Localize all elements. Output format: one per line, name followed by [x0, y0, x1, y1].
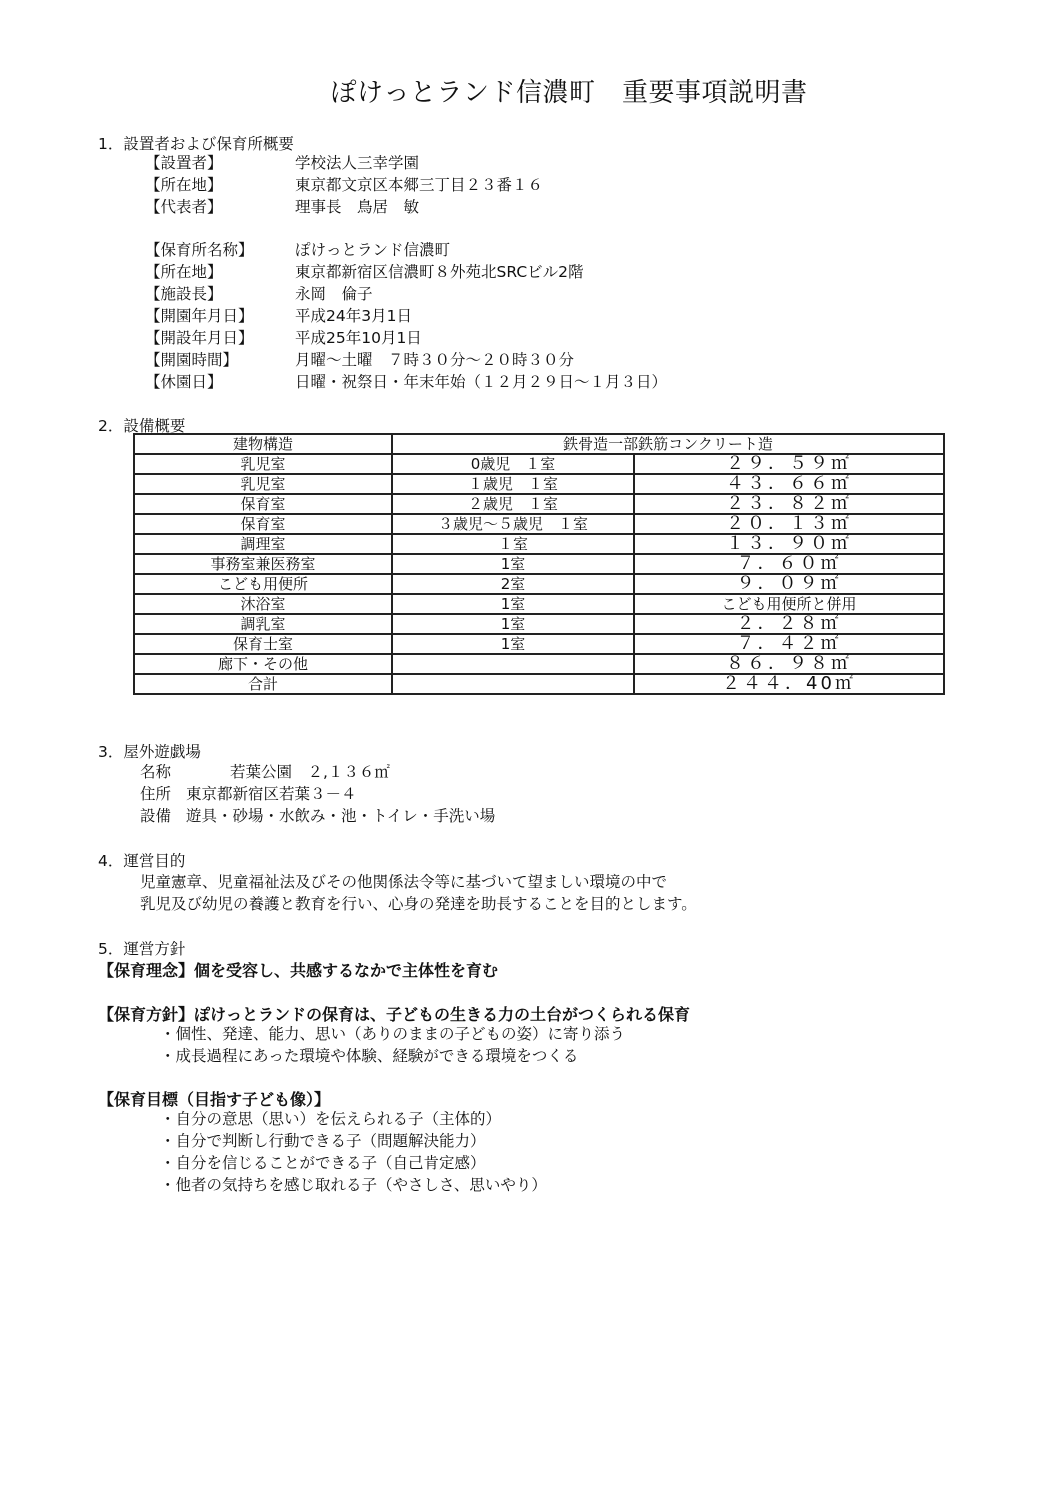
- room-cell: 調理室: [134, 534, 392, 554]
- area-cell: １３．９０㎡: [634, 534, 944, 554]
- field-label: 【休園日】: [145, 371, 295, 393]
- field-value: 平成24年3月1日: [295, 307, 412, 325]
- founder-row: 【代表者】理事長 鳥居 敏: [145, 196, 543, 218]
- field-label: 設備: [140, 805, 186, 827]
- area-cell: ７．６０㎡: [634, 554, 944, 574]
- section1-heading: 1．設置者および保育所概要: [98, 132, 294, 154]
- room-cell: 保育室: [134, 494, 392, 514]
- table-row: 沐浴室1室こども用便所と併用: [134, 594, 944, 614]
- area-cell: ４３．６６㎡: [634, 474, 944, 494]
- playground-name-row: 名称若葉公園 ２,１３６㎡: [140, 761, 390, 783]
- facility-row: 【保育所名称】ぽけっとランド信濃町: [145, 239, 667, 261]
- table-row: 調理室１室１３．９０㎡: [134, 534, 944, 554]
- table-row: 乳児室１歳児 １室４３．６６㎡: [134, 474, 944, 494]
- field-value: 東京都新宿区信濃町８外苑北SRCビル2階: [295, 263, 584, 281]
- field-label: 名称: [140, 761, 230, 783]
- founder-row: 【設置者】学校法人三幸学園: [145, 152, 543, 174]
- facility-row: 【休園日】日曜・祝祭日・年末年始（１２月２９日～１月３日）: [145, 371, 667, 393]
- area-cell: ２．２８㎡: [634, 614, 944, 634]
- field-label: 【開園年月日】: [145, 305, 295, 327]
- goal-item: ・自分を信じることができる子（自己肯定感）: [160, 1152, 486, 1174]
- detail-cell: 0歳児 １室: [392, 454, 634, 474]
- room-cell: 沐浴室: [134, 594, 392, 614]
- goals-heading: 【保育目標（目指す子ども像）】: [98, 1087, 330, 1110]
- detail-cell: [392, 674, 634, 694]
- section4-heading: 4．運営目的: [98, 849, 185, 871]
- facility-row: 【開設年月日】平成25年10月1日: [145, 327, 667, 349]
- field-label: 【設置者】: [145, 152, 295, 174]
- philosophy-statement: 【保育理念】個を受容し、共感するなかで主体性を育む: [98, 958, 498, 981]
- goal-item: ・自分の意思（思い）を伝えられる子（主体的）: [160, 1108, 501, 1130]
- area-cell: ２３．８２㎡: [634, 494, 944, 514]
- field-label: 住所: [140, 783, 186, 805]
- purpose-line: 乳児及び幼児の養護と教育を行い、心身の発達を助長することを目的とします。: [140, 893, 697, 915]
- table-row: 保育室３歳児～５歳児 １室２０．１３㎡: [134, 514, 944, 534]
- facility-row: 【開園時間】月曜～土曜 ７時３０分～２０時３０分: [145, 349, 667, 371]
- detail-cell: 2室: [392, 574, 634, 594]
- structure-value: 鉄骨造一部鉄筋コンクリート造: [392, 434, 944, 454]
- section3-heading: 3．屋外遊戯場: [98, 740, 201, 762]
- detail-cell: １歳児 １室: [392, 474, 634, 494]
- playground-equipment-row: 設備遊具・砂場・水飲み・池・トイレ・手洗い場: [140, 805, 495, 827]
- area-cell: ７．４２㎡: [634, 634, 944, 654]
- facility-table: 建物構造 鉄骨造一部鉄筋コンクリート造 乳児室0歳児 １室２９．５９㎡ 乳児室１…: [133, 433, 945, 695]
- field-label: 【代表者】: [145, 196, 295, 218]
- structure-label: 建物構造: [134, 434, 392, 454]
- facility-row: 【所在地】東京都新宿区信濃町８外苑北SRCビル2階: [145, 261, 667, 283]
- room-cell: 事務室兼医務室: [134, 554, 392, 574]
- room-cell: 乳児室: [134, 454, 392, 474]
- field-value: 理事長 鳥居 敏: [295, 198, 419, 216]
- field-label: 【所在地】: [145, 174, 295, 196]
- field-label: 【開設年月日】: [145, 327, 295, 349]
- purpose-line: 児童憲章、児童福祉法及びその他関係法令等に基づいて望ましい環境の中で: [140, 871, 667, 893]
- field-label: 【所在地】: [145, 261, 295, 283]
- table-row: こども用便所2室９．０９㎡: [134, 574, 944, 594]
- founder-info: 【設置者】学校法人三幸学園 【所在地】東京都文京区本郷三丁目２３番１６ 【代表者…: [145, 152, 543, 218]
- field-value: 永岡 倫子: [295, 285, 373, 303]
- table-row: 廊下・その他８６．９８㎡: [134, 654, 944, 674]
- field-value: 平成25年10月1日: [295, 329, 422, 347]
- detail-cell: １室: [392, 534, 634, 554]
- field-value: 学校法人三幸学園: [295, 154, 419, 172]
- table-row: 保育士室1室７．４２㎡: [134, 634, 944, 654]
- field-value: 東京都文京区本郷三丁目２３番１６: [295, 176, 543, 194]
- policy-item: ・個性、発達、能力、思い（ありのままの子どもの姿）に寄り添う: [160, 1023, 625, 1045]
- detail-cell: 1室: [392, 554, 634, 574]
- detail-cell: 1室: [392, 634, 634, 654]
- table-row: 乳児室0歳児 １室２９．５９㎡: [134, 454, 944, 474]
- room-cell: 廊下・その他: [134, 654, 392, 674]
- field-label: 【施設長】: [145, 283, 295, 305]
- area-cell: こども用便所と併用: [634, 594, 944, 614]
- room-cell: 乳児室: [134, 474, 392, 494]
- field-value: 遊具・砂場・水飲み・池・トイレ・手洗い場: [186, 807, 495, 825]
- field-value: 東京都新宿区若葉３－４: [186, 785, 357, 803]
- table-row: 保育室２歳児 １室２３．８２㎡: [134, 494, 944, 514]
- room-cell: 保育室: [134, 514, 392, 534]
- goal-item: ・他者の気持ちを感じ取れる子（やさしさ、思いやり）: [160, 1174, 547, 1196]
- field-value: 月曜～土曜 ７時３０分～２０時３０分: [295, 351, 574, 369]
- table-row: 建物構造 鉄骨造一部鉄筋コンクリート造: [134, 434, 944, 454]
- room-cell: 調乳室: [134, 614, 392, 634]
- section5-heading: 5．運営方針: [98, 937, 185, 959]
- total-area-cell: ２４４．40㎡: [634, 674, 944, 694]
- playground-address-row: 住所東京都新宿区若葉３－４: [140, 783, 357, 805]
- page-title: ぽけっとランド信濃町 重要事項説明書: [0, 72, 1058, 109]
- facility-info: 【保育所名称】ぽけっとランド信濃町 【所在地】東京都新宿区信濃町８外苑北SRCビ…: [145, 239, 667, 393]
- field-label: 【開園時間】: [145, 349, 295, 371]
- field-value: ぽけっとランド信濃町: [295, 241, 450, 259]
- room-cell: 保育士室: [134, 634, 392, 654]
- area-cell: ２０．１３㎡: [634, 514, 944, 534]
- facility-row: 【開園年月日】平成24年3月1日: [145, 305, 667, 327]
- total-label-cell: 合計: [134, 674, 392, 694]
- detail-cell: ３歳児～５歳児 １室: [392, 514, 634, 534]
- area-cell: ９．０９㎡: [634, 574, 944, 594]
- policy-item: ・成長過程にあった環境や体験、経験ができる環境をつくる: [160, 1045, 578, 1067]
- room-cell: こども用便所: [134, 574, 392, 594]
- policy-statement: 【保育方針】ぽけっとランドの保育は、子どもの生きる力の土台がつくられる保育: [98, 1002, 690, 1025]
- detail-cell: 1室: [392, 594, 634, 614]
- facility-row: 【施設長】永岡 倫子: [145, 283, 667, 305]
- table-row: 調乳室1室２．２８㎡: [134, 614, 944, 634]
- table-row: 合計２４４．40㎡: [134, 674, 944, 694]
- detail-cell: [392, 654, 634, 674]
- field-value: 若葉公園 ２,１３６㎡: [230, 763, 390, 781]
- table-row: 事務室兼医務室1室７．６０㎡: [134, 554, 944, 574]
- field-label: 【保育所名称】: [145, 239, 295, 261]
- detail-cell: 1室: [392, 614, 634, 634]
- goal-item: ・自分で判断し行動できる子（問題解決能力）: [160, 1130, 486, 1152]
- field-value: 日曜・祝祭日・年末年始（１２月２９日～１月３日）: [295, 373, 667, 391]
- detail-cell: ２歳児 １室: [392, 494, 634, 514]
- area-cell: ２９．５９㎡: [634, 454, 944, 474]
- founder-row: 【所在地】東京都文京区本郷三丁目２３番１６: [145, 174, 543, 196]
- area-cell: ８６．９８㎡: [634, 654, 944, 674]
